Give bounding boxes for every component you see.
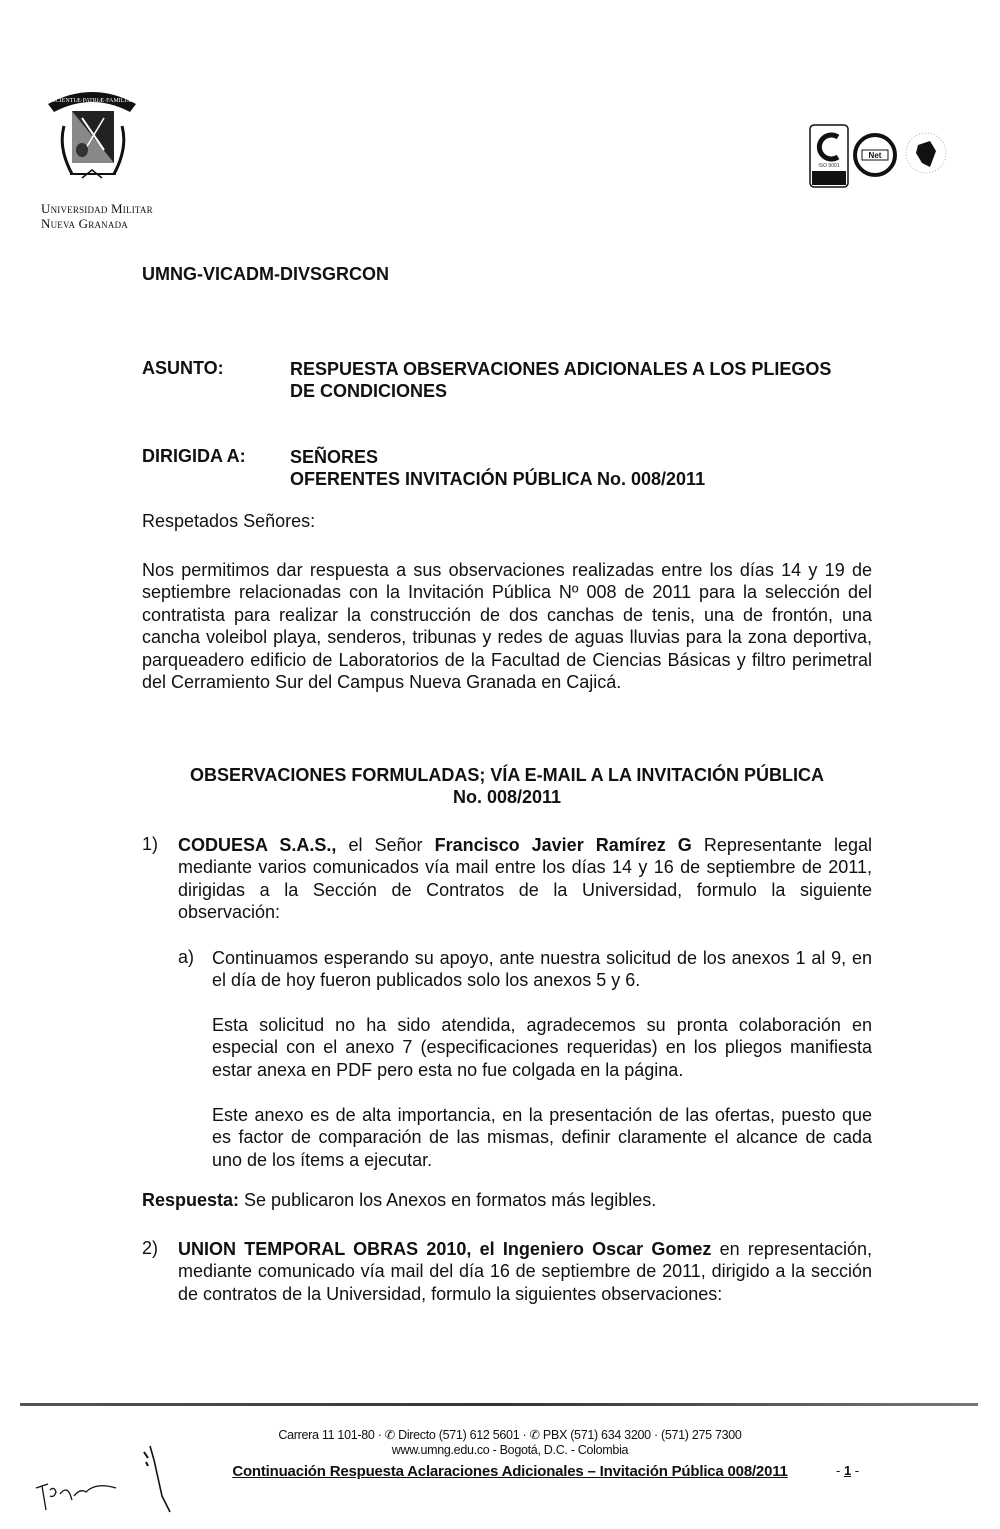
item-text: el Señor xyxy=(336,835,434,855)
sub-item-paragraph: Este anexo es de alta importancia, en la… xyxy=(212,1104,872,1171)
section-title-line1: OBSERVACIONES FORMULADAS; VÍA E-MAIL A L… xyxy=(142,764,872,786)
dirigida-label: DIRIGIDA A: xyxy=(142,446,246,467)
university-name-line1: Universidad Militar xyxy=(41,201,153,216)
handwritten-signature-icon xyxy=(30,1440,190,1520)
footer-continuation: Continuación Respuesta Aclaraciones Adic… xyxy=(200,1463,820,1480)
footer-address-line1: Carrera 11 101-80 · ✆ Directo (571) 612 … xyxy=(200,1428,820,1443)
person-name: Francisco Javier Ramírez G xyxy=(435,835,692,855)
greeting: Respetados Señores: xyxy=(142,511,315,532)
section-title: OBSERVACIONES FORMULADAS; VÍA E-MAIL A L… xyxy=(142,764,872,808)
svg-text:Net: Net xyxy=(869,151,882,160)
intro-paragraph: Nos permitimos dar respuesta a sus obser… xyxy=(142,559,872,693)
asunto-label: ASUNTO: xyxy=(142,358,224,379)
sub-item-paragraph: Esta solicitud no ha sido atendida, agra… xyxy=(212,1014,872,1081)
dirigida-line2: OFERENTES INVITACIÓN PÚBLICA No. 008/201… xyxy=(290,468,850,490)
dirigida-value: SEÑORES OFERENTES INVITACIÓN PÚBLICA No.… xyxy=(290,446,850,490)
sub-item-letter: a) xyxy=(178,947,194,968)
observation-item: CODUESA S.A.S., el Señor Francisco Javie… xyxy=(178,834,872,924)
response-text: Se publicaron los Anexos en formatos más… xyxy=(239,1190,656,1210)
company-name: CODUESA S.A.S., xyxy=(178,835,336,855)
section-title-line2: No. 008/2011 xyxy=(142,786,872,808)
university-name-line2: Nueva Granada xyxy=(41,216,153,231)
item-number: 1) xyxy=(142,834,158,855)
university-name: Universidad Militar Nueva Granada xyxy=(41,201,153,231)
company-name: UNION TEMPORAL OBRAS 2010, el Ingeniero … xyxy=(178,1239,711,1259)
sub-item-paragraph: Continuamos esperando su apoyo, ante nue… xyxy=(212,947,872,992)
item-number: 2) xyxy=(142,1238,158,1259)
certification-logos: ISO 9001 Net xyxy=(808,123,988,203)
iqnet-icon: Net xyxy=(855,135,895,175)
response: Respuesta: Se publicaron los Anexos en f… xyxy=(142,1190,656,1211)
footer-divider xyxy=(20,1403,978,1406)
asunto-value: RESPUESTA OBSERVACIONES ADICIONALES A LO… xyxy=(290,358,850,402)
colombia-certification-icon xyxy=(906,133,946,173)
document-reference: UMNG-VICADM-DIVSGRCON xyxy=(142,264,389,285)
footer-address: Carrera 11 101-80 · ✆ Directo (571) 612 … xyxy=(200,1428,820,1458)
footer-address-line2: www.umng.edu.co - Bogotá, D.C. - Colombi… xyxy=(200,1443,820,1458)
observation-item: UNION TEMPORAL OBRAS 2010, el Ingeniero … xyxy=(178,1238,872,1305)
svg-text:SCIENTIÆ·PATRIÆ·FAMILIÆ: SCIENTIÆ·PATRIÆ·FAMILIÆ xyxy=(52,98,132,104)
icontec-iso-9001-icon: ISO 9001 xyxy=(810,125,848,187)
response-label: Respuesta: xyxy=(142,1190,239,1210)
dirigida-line1: SEÑORES xyxy=(290,446,850,468)
svg-text:ISO 9001: ISO 9001 xyxy=(818,163,839,169)
page-number: - 1 - xyxy=(836,1463,859,1478)
university-crest-logo: SCIENTIÆ·PATRIÆ·FAMILIÆ xyxy=(42,78,142,198)
